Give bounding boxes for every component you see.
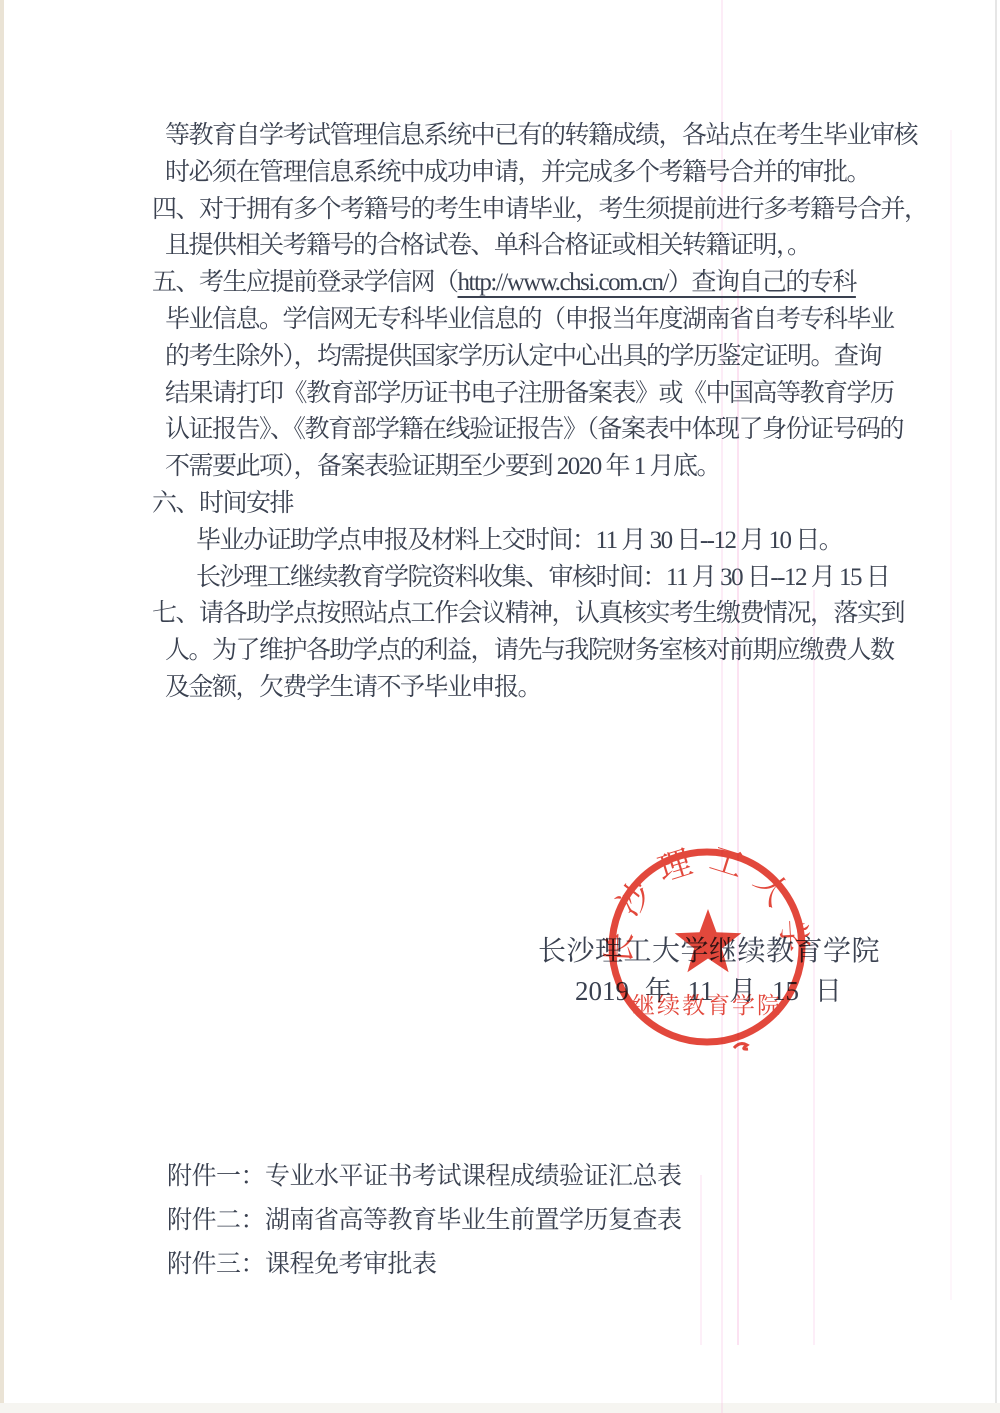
seal-bottom-text: 继续教育学院 <box>632 993 782 1018</box>
body-line: 及金额，欠费学生请不予毕业申报。 <box>152 670 882 707</box>
attachment-line-1: 附件一：专业水平证书考试课程成绩验证汇总表 <box>167 1155 682 1199</box>
scan-edge-left <box>0 0 4 1413</box>
scan-artifact-line <box>950 130 952 1300</box>
body-line: 毕业办证助学点申报及材料上交时间：11 月 30 日--12 月 10 日。 <box>152 523 882 560</box>
scan-edge-bottom <box>0 1403 1000 1413</box>
body-line: 长沙理工继续教育学院资料收集、审核时间：11 月 30 日--12 月 15 日 <box>152 560 882 597</box>
body-line: 等教育自学考试管理信息系统中已有的转籍成绩，各站点在考生毕业审核 <box>152 118 882 155</box>
official-seal: 长沙理工大学 继续教育学院 <box>601 841 813 1053</box>
body-line-item-4: 四、对于拥有多个考籍号的考生申请毕业，考生须提前进行多考籍号合并， <box>152 192 882 229</box>
scan-artifact-line <box>700 1175 702 1345</box>
notice-body: 等教育自学考试管理信息系统中已有的转籍成绩，各站点在考生毕业审核 时必须在管理信… <box>152 118 882 707</box>
attachments-list: 附件一：专业水平证书考试课程成绩验证汇总表 附件二：湖南省高等教育毕业生前置学历… <box>167 1155 682 1287</box>
attachment-line-3: 附件三：课程免考审批表 <box>167 1243 682 1287</box>
body-line: 的考生除外），均需提供国家学历认定中心出具的学历鉴定证明。查询 <box>152 339 882 376</box>
body-line: 毕业信息。学信网无专科毕业信息的（申报当年度湖南省自考专科毕业 <box>152 302 882 339</box>
chsi-url-text: http://www.chsi.com.cn/）查询自己的专科 <box>458 269 856 296</box>
body-line: 人。为了维护各助学点的利益，请先与我院财务室核对前期应缴费人数 <box>152 633 882 670</box>
seal-star-icon <box>675 909 742 972</box>
seal-ink-smudge <box>734 1044 748 1050</box>
body-line-item-6: 六、时间安排 <box>152 486 882 523</box>
body-line: 且提供相关考籍号的合格试卷、单科合格证或相关转籍证明，。 <box>152 228 882 265</box>
body-line-pre: 五、考生应提前登录学信网（ <box>152 269 458 296</box>
body-line: 认证报告》、《教育部学籍在线验证报告》（备案表中体现了身份证号码的 <box>152 412 882 449</box>
body-line: 结果请打印《教育部学历证书电子注册备案表》或《中国高等教育学历 <box>152 376 882 413</box>
body-line: 不需要此项），备案表验证期至少要到 2020 年 1 月底。 <box>152 449 882 486</box>
body-line: 时必须在管理信息系统中成功申请，并完成多个考籍号合并的审批。 <box>152 155 882 192</box>
scan-edge-right <box>995 0 997 1413</box>
document-page: 等教育自学考试管理信息系统中已有的转籍成绩，各站点在考生毕业审核 时必须在管理信… <box>0 0 1000 1413</box>
body-line-item-7: 七、请各助学点按照站点工作会议精神，认真核实考生缴费情况，落实到 <box>152 596 882 633</box>
attachment-line-2: 附件二：湖南省高等教育毕业生前置学历复查表 <box>167 1199 682 1243</box>
body-line-item-5: 五、考生应提前登录学信网（http://www.chsi.com.cn/）查询自… <box>152 265 882 302</box>
